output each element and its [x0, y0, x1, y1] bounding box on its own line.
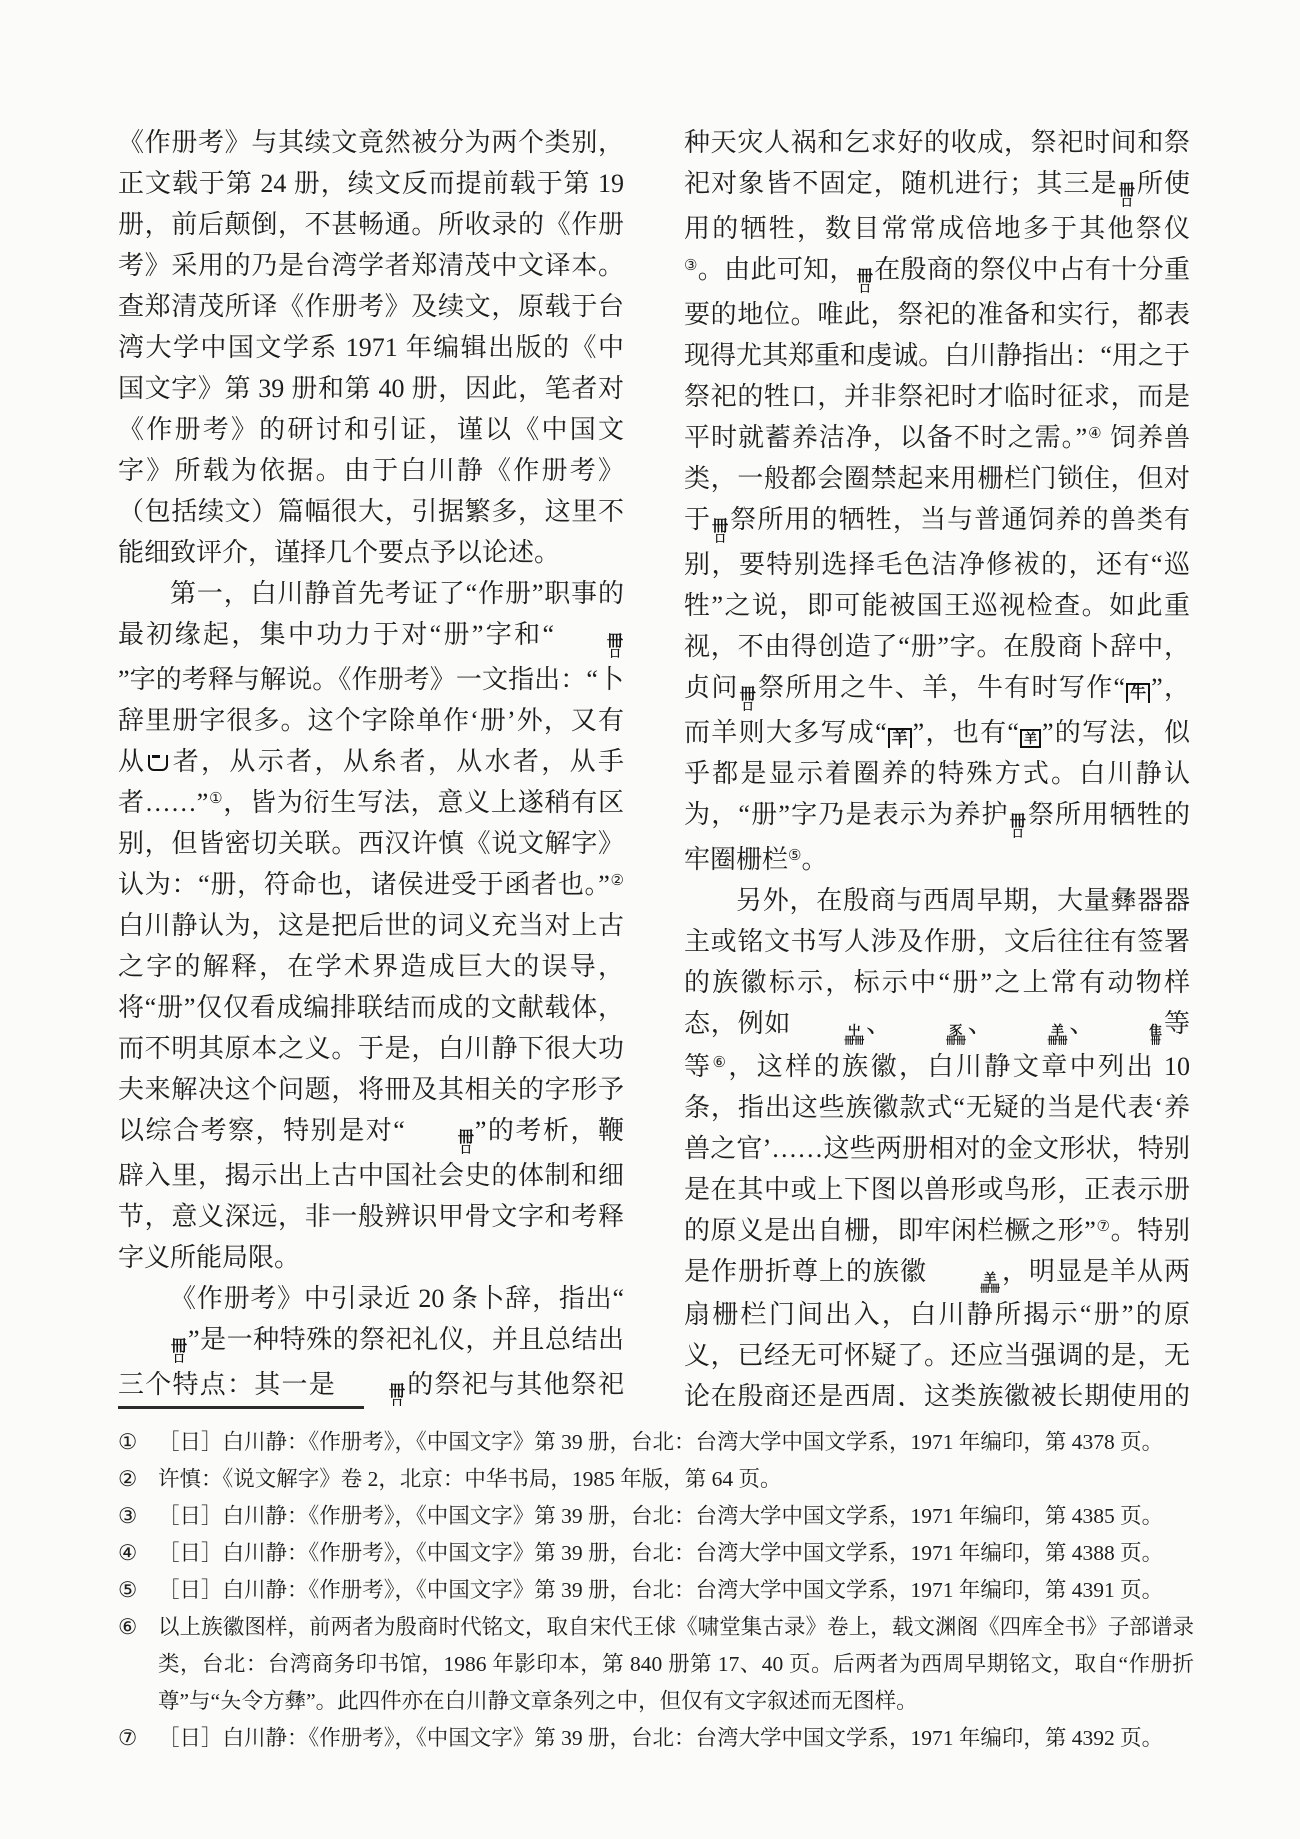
paragraph: 另外，在殷商与西周早期，大量彝器器主或铭文书写人涉及作册，文后往往有签署的族徽标… — [684, 880, 1190, 1406]
footnote-text: ［日］白川静：《作册考》，《中国文字》第 39 册，台北：台湾大学中国文学系，1… — [158, 1498, 1194, 1535]
cow-in-pen-glyph: 牛 — [1126, 683, 1150, 703]
paragraph: 《作册考》与其续文竟然被分为两个类别，正文载于第 24 册，续文反而提前载于第 … — [118, 122, 624, 573]
paragraph: 种天灾人祸和乞求好的收成，祭祀时间和祭祀对象皆不固定，随机进行；其三是冊口所使用… — [684, 122, 1190, 880]
footnote-text: 以上族徽图样，前两者为殷商时代铭文，取自宋代王俅《啸堂集古录》卷上，载文渊阁《四… — [158, 1609, 1194, 1720]
clan-emblem-glyph-3: 羊冊冊 — [996, 1025, 1068, 1046]
ce-sacrifice-oracle-glyph: 冊口 — [119, 1340, 187, 1364]
footnote-marker: ⑤ — [118, 1572, 158, 1609]
footnote-item: ⑤［日］白川静：《作册考》，《中国文字》第 39 册，台北：台湾大学中国文学系，… — [118, 1572, 1194, 1609]
footnote-text: ［日］白川静：《作册考》，《中国文字》第 39 册，台北：台湾大学中国文学系，1… — [158, 1720, 1194, 1757]
ce-sacrifice-oracle-glyph: 冊口 — [712, 520, 728, 544]
footnote-marker: ④ — [118, 1535, 158, 1572]
clan-emblem-glyph-2: 豕冊冊 — [894, 1025, 966, 1046]
ce-sacrifice-oracle-glyph: 冊口 — [740, 688, 756, 712]
footnote-item: ①［日］白川静：《作册考》，《中国文字》第 39 册，台北：台湾大学中国文学系，… — [118, 1424, 1194, 1461]
sheep-in-pen-glyph: 羊 — [888, 728, 912, 748]
footnote-item: ③［日］白川静：《作册考》，《中国文字》第 39 册，台北：台湾大学中国文学系，… — [118, 1498, 1194, 1535]
paragraph: 第一，白川静首先考证了“作册”职事的最初缘起，集中功力于对“册”字和“冊口”字的… — [118, 573, 624, 1278]
left-column: 《作册考》与其续文竟然被分为两个类别，正文载于第 24 册，续文反而提前载于第 … — [118, 122, 624, 1406]
oracle-yue-glyph — [148, 755, 168, 771]
footnote-marker: ③ — [118, 1498, 158, 1535]
clan-emblem-glyph-1: 屮冊冊 — [792, 1025, 864, 1046]
footnote-ref: ⑥ — [712, 1055, 728, 1071]
footnote-item: ⑥以上族徽图样，前两者为殷商时代铭文，取自宋代王俅《啸堂集古录》卷上，载文渊阁《… — [118, 1609, 1194, 1720]
right-column: 种天灾人祸和乞求好的收成，祭祀时间和祭祀对象皆不固定，随机进行；其三是冊口所使用… — [684, 122, 1190, 1406]
ce-sacrifice-oracle-glyph: 冊口 — [337, 1385, 405, 1406]
zuoce-zhe-zun-emblem-glyph: 羊冊冊 — [928, 1273, 1000, 1294]
footnote-text: ［日］白川静：《作册考》，《中国文字》第 39 册，台北：台湾大学中国文学系，1… — [158, 1424, 1194, 1461]
clan-emblem-glyph-4: 隹冊 — [1097, 1025, 1162, 1046]
footnote-ref: ⑦ — [1096, 1219, 1111, 1235]
footnote-separator-rule — [118, 1406, 364, 1409]
footnote-marker: ② — [118, 1461, 158, 1498]
sheep-in-pen-boxed-glyph: 羊 — [1020, 729, 1041, 748]
footnote-ref: ③ — [684, 258, 698, 274]
footnote-marker: ⑦ — [118, 1720, 158, 1757]
footnotes: ①［日］白川静：《作册考》，《中国文字》第 39 册，台北：台湾大学中国文学系，… — [118, 1424, 1194, 1757]
footnote-marker: ① — [118, 1424, 158, 1461]
paragraph: 《作册考》中引录近 20 条卜辞，指出“冊口”是一种特殊的祭祀礼仪，并且总结出三… — [118, 1278, 624, 1406]
footnote-ref: ① — [208, 791, 223, 807]
ce-sacrifice-oracle-glyph: 冊口 — [1010, 815, 1026, 839]
footnote-ref: ⑤ — [788, 848, 801, 864]
ce-sacrifice-oracle-glyph: 冊口 — [406, 1131, 474, 1155]
footnote-ref: ④ — [1087, 426, 1102, 442]
ce-sacrifice-oracle-glyph: 冊口 — [555, 635, 623, 659]
footnote-text: ［日］白川静：《作册考》，《中国文字》第 39 册，台北：台湾大学中国文学系，1… — [158, 1572, 1194, 1609]
ce-sacrifice-oracle-glyph: 冊口 — [857, 270, 873, 294]
footnote-text: ［日］白川静：《作册考》，《中国文字》第 39 册，台北：台湾大学中国文学系，1… — [158, 1535, 1194, 1572]
body-text-area: 《作册考》与其续文竟然被分为两个类别，正文载于第 24 册，续文反而提前载于第 … — [118, 122, 1190, 1406]
footnote-ref: ② — [610, 873, 624, 889]
footnote-text: 许慎：《说文解字》卷 2，北京：中华书局，1985 年版，第 64 页。 — [158, 1461, 1194, 1498]
ce-sacrifice-oracle-glyph: 冊口 — [1119, 184, 1135, 208]
footnote-item: ⑦［日］白川静：《作册考》，《中国文字》第 39 册，台北：台湾大学中国文学系，… — [118, 1720, 1194, 1757]
scanned-document-page: 《作册考》与其续文竟然被分为两个类别，正文载于第 24 册，续文反而提前载于第 … — [0, 0, 1300, 1839]
footnote-marker: ⑥ — [118, 1609, 158, 1720]
footnote-item: ④［日］白川静：《作册考》，《中国文字》第 39 册，台北：台湾大学中国文学系，… — [118, 1535, 1194, 1572]
footnote-item: ②许慎：《说文解字》卷 2，北京：中华书局，1985 年版，第 64 页。 — [118, 1461, 1194, 1498]
